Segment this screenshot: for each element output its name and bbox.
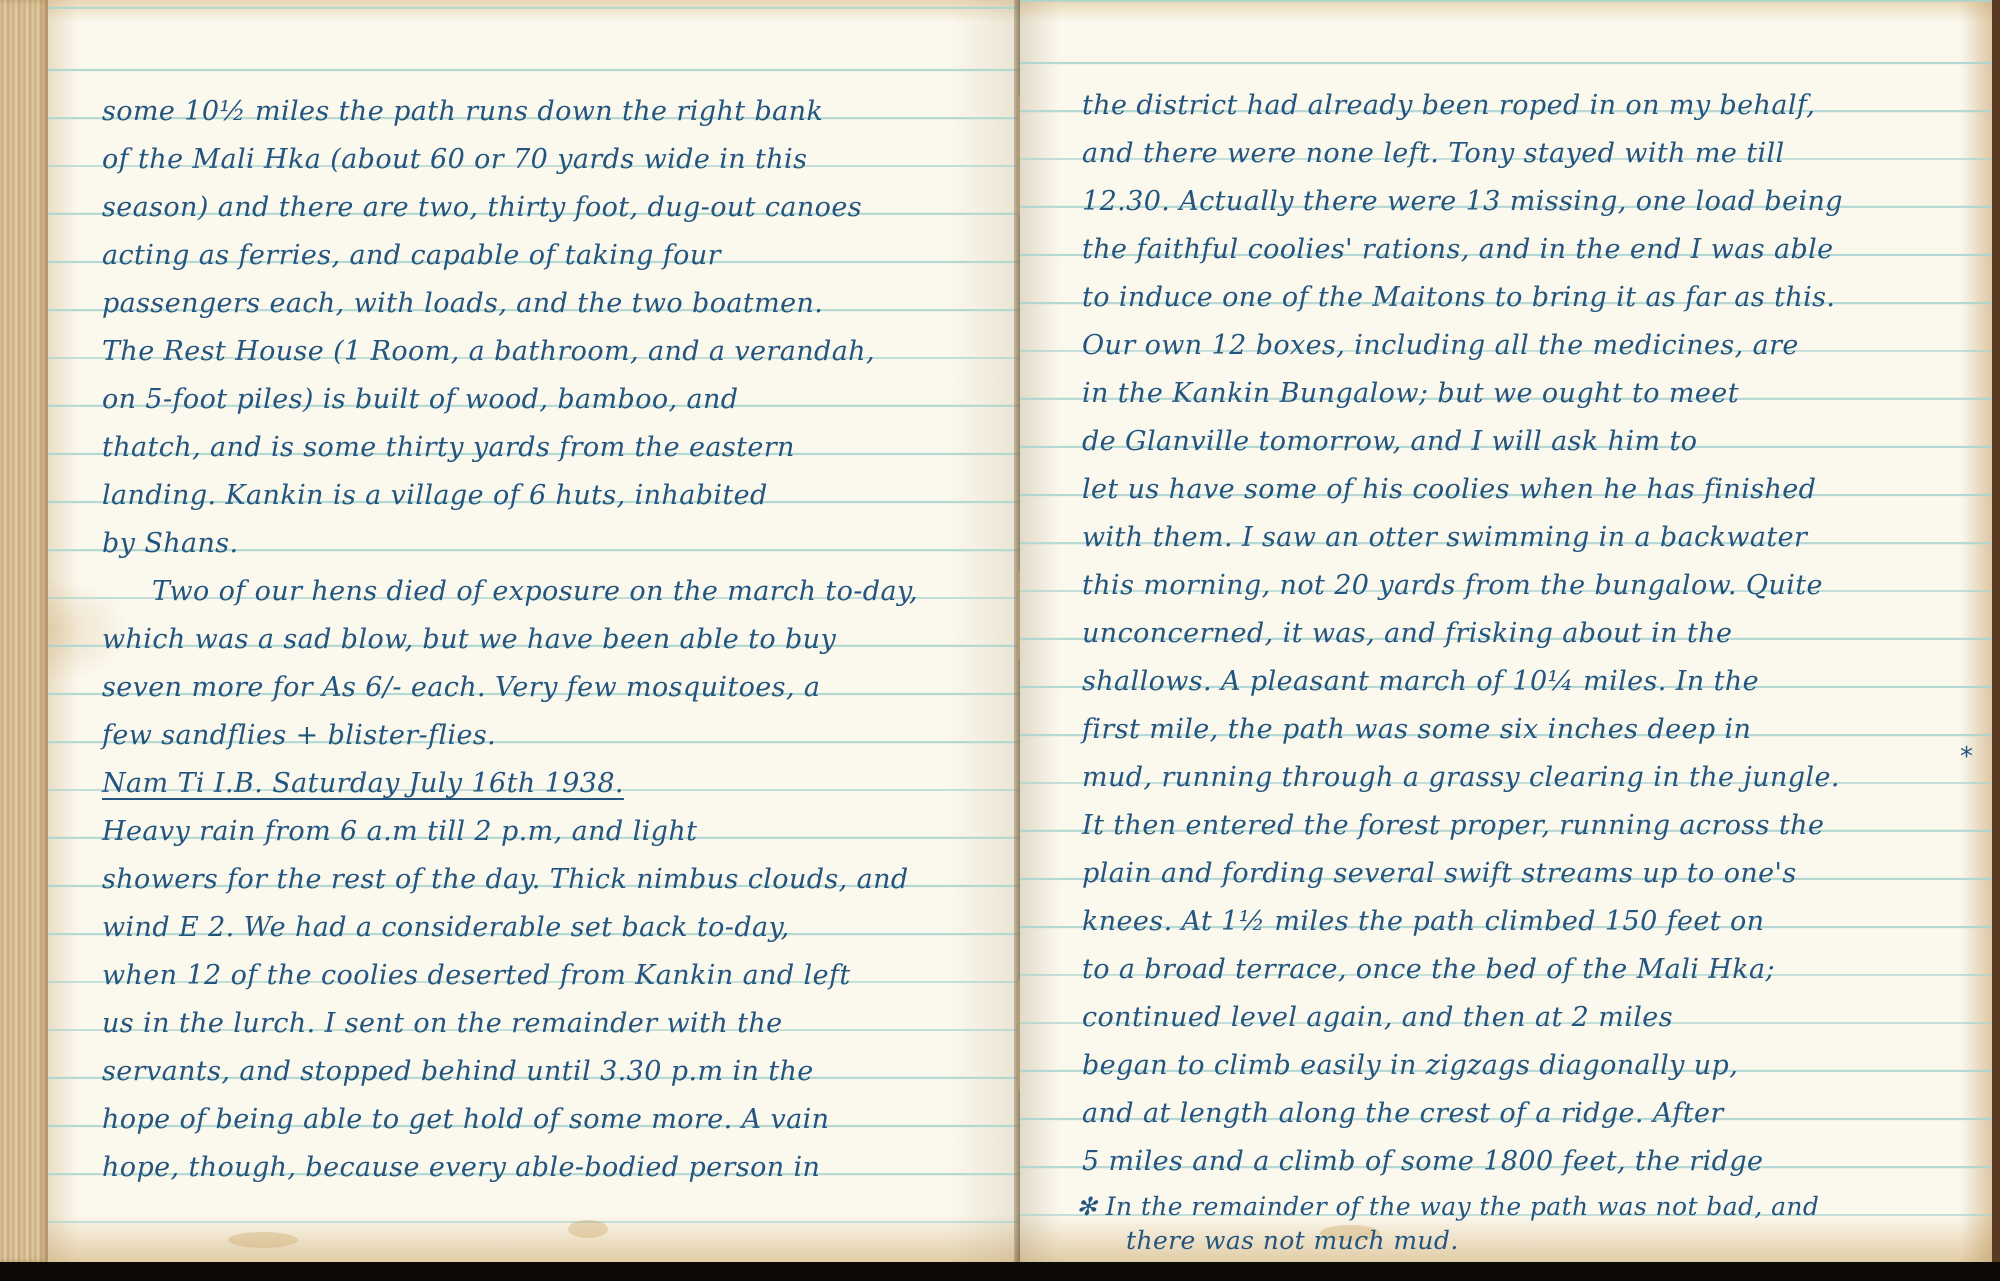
text-line: few sandflies + blister-flies. bbox=[102, 712, 982, 760]
left-page: some 10½ miles the path runs down the ri… bbox=[48, 0, 1020, 1262]
text-line: to induce one of the Maitons to bring it… bbox=[1082, 274, 1982, 322]
text-line: with them. I saw an otter swimming in a … bbox=[1082, 514, 1982, 562]
footnote-asterisk-icon: * bbox=[1960, 742, 1973, 772]
page-edge-stack bbox=[0, 0, 48, 1262]
text-line: on 5-foot piles) is built of wood, bambo… bbox=[102, 376, 982, 424]
text-line: Our own 12 boxes, including all the medi… bbox=[1082, 322, 1982, 370]
text-line: showers for the rest of the day. Thick n… bbox=[102, 856, 982, 904]
text-line: thatch, and is some thirty yards from th… bbox=[102, 424, 982, 472]
text-line: this morning, not 20 yards from the bung… bbox=[1082, 562, 1982, 610]
text-line: by Shans. bbox=[102, 520, 982, 568]
text-line: de Glanville tomorrow, and I will ask hi… bbox=[1082, 418, 1982, 466]
footnote: ✻ In the remainder of the way the path w… bbox=[1076, 1190, 1976, 1258]
text-line: the faithful coolies' rations, and in th… bbox=[1082, 226, 1982, 274]
text-line: and there were none left. Tony stayed wi… bbox=[1082, 130, 1982, 178]
text-line: hope of being able to get hold of some m… bbox=[102, 1096, 982, 1144]
paper-stain bbox=[568, 1220, 608, 1238]
text-line: which was a sad blow, but we have been a… bbox=[102, 616, 982, 664]
text-line: acting as ferries, and capable of taking… bbox=[102, 232, 982, 280]
text-line: first mile, the path was some six inches… bbox=[1082, 706, 1982, 754]
text-line: let us have some of his coolies when he … bbox=[1082, 466, 1982, 514]
text-line: in the Kankin Bungalow; but we ought to … bbox=[1082, 370, 1982, 418]
scan-bottom-shadow bbox=[0, 1262, 2000, 1281]
right-page-text: the district had already been roped in o… bbox=[1082, 82, 1982, 1186]
text-line: The Rest House (1 Room, a bathroom, and … bbox=[102, 328, 982, 376]
text-line: of the Mali Hka (about 60 or 70 yards wi… bbox=[102, 136, 982, 184]
text-line: continued level again, and then at 2 mil… bbox=[1082, 994, 1982, 1042]
diary-scan: some 10½ miles the path runs down the ri… bbox=[0, 0, 2000, 1281]
text-line: us in the lurch. I sent on the remainder… bbox=[102, 1000, 982, 1048]
text-line: It then entered the forest proper, runni… bbox=[1082, 802, 1982, 850]
right-page: the district had already been roped in o… bbox=[1020, 0, 1992, 1262]
text-line: plain and fording several swift streams … bbox=[1082, 850, 1982, 898]
text-line: Heavy rain from 6 a.m till 2 p.m, and li… bbox=[102, 808, 982, 856]
text-line: season) and there are two, thirty foot, … bbox=[102, 184, 982, 232]
text-line: servants, and stopped behind until 3.30 … bbox=[102, 1048, 982, 1096]
text-line: passengers each, with loads, and the two… bbox=[102, 280, 982, 328]
text-line: 12.30. Actually there were 13 missing, o… bbox=[1082, 178, 1982, 226]
text-line: unconcerned, it was, and frisking about … bbox=[1082, 610, 1982, 658]
text-line: when 12 of the coolies deserted from Kan… bbox=[102, 952, 982, 1000]
text-line: wind E 2. We had a considerable set back… bbox=[102, 904, 982, 952]
footnote-line: ✻ In the remainder of the way the path w… bbox=[1076, 1190, 1976, 1224]
footnote-line: there was not much mud. bbox=[1076, 1224, 1976, 1258]
text-line: knees. At 1½ miles the path climbed 150 … bbox=[1082, 898, 1982, 946]
text-line: some 10½ miles the path runs down the ri… bbox=[102, 88, 982, 136]
left-page-text: some 10½ miles the path runs down the ri… bbox=[102, 88, 982, 1192]
entry-heading: Nam Ti I.B. Saturday July 16th 1938. bbox=[102, 760, 982, 808]
text-line: shallows. A pleasant march of 10¼ miles.… bbox=[1082, 658, 1982, 706]
text-line: the district had already been roped in o… bbox=[1082, 82, 1982, 130]
text-line: 5 miles and a climb of some 1800 feet, t… bbox=[1082, 1138, 1982, 1186]
text-line: to a broad terrace, once the bed of the … bbox=[1082, 946, 1982, 994]
text-line: seven more for As 6/- each. Very few mos… bbox=[102, 664, 982, 712]
text-line: mud, running through a grassy clearing i… bbox=[1082, 754, 1982, 802]
paper-stain bbox=[228, 1232, 298, 1248]
text-line: Two of our hens died of exposure on the … bbox=[102, 568, 982, 616]
text-line: began to climb easily in zigzags diagona… bbox=[1082, 1042, 1982, 1090]
text-line: and at length along the crest of a ridge… bbox=[1082, 1090, 1982, 1138]
text-line: landing. Kankin is a village of 6 huts, … bbox=[102, 472, 982, 520]
text-line: hope, though, because every able-bodied … bbox=[102, 1144, 982, 1192]
book-cover-edge bbox=[1992, 0, 2000, 1262]
